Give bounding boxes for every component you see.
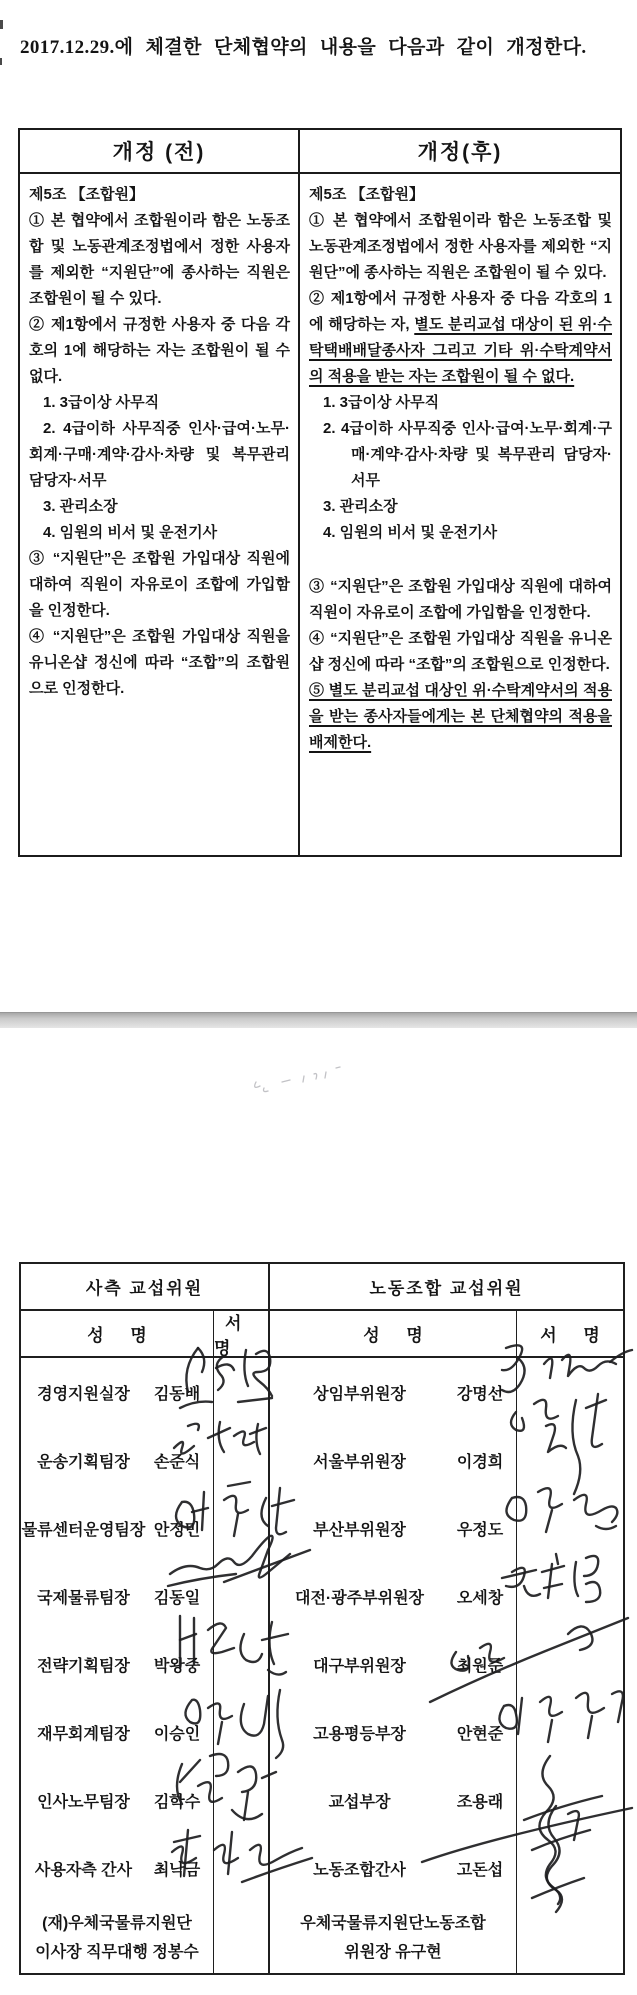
clause-paragraph: ④ “지원단”은 조합원 가입대상 직원을 유니온샵 정신에 따라 “조합”의 … — [309, 626, 612, 678]
member-name: 김학수 — [146, 1789, 208, 1812]
intro-paragraph: 2017.12.29.에 체결한 단체협약의 내용을 다음과 같이 개정한다. — [20, 29, 620, 66]
committee-row: 사용자측 간사최낙금 — [21, 1834, 213, 1902]
clause-text: 3. 관리소장 — [323, 498, 398, 515]
clause-paragraph: ① 본 협약에서 조합원이라 함은 노동조합 및 노동관계조정법에서 정한 사용… — [309, 208, 612, 286]
clause-paragraph: 2. 4급이하 사무직중 인사·급여·노무·회계·구매·계약·감사·차량 및 복… — [29, 416, 290, 494]
member-name: 김동일 — [146, 1585, 208, 1608]
committee-row: 대구부위원장최원준 — [270, 1630, 516, 1698]
organization-line: 위원장 유구현 — [344, 1938, 441, 1967]
sign-column-header-management: 서 명 — [214, 1311, 270, 1356]
clause-text: ② 제1항에서 규정한 사용자 중 다음 각호의 1에 해당하는 자는 조합원이… — [29, 316, 290, 385]
member-title: 부산부위원장 — [270, 1517, 449, 1540]
organization-line: 우체국물류지원단노동조합 — [300, 1909, 485, 1938]
committee-row: 교섭부장조용래 — [270, 1766, 516, 1834]
organization-line: (재)우체국물류지원단 — [42, 1909, 192, 1938]
member-name: 이승인 — [146, 1721, 208, 1744]
clause-paragraph: ② 제1항에서 규정한 사용자 중 다음 각호의 1에 해당하는 자는 조합원이… — [29, 312, 290, 390]
committee-row: 국제물류팀장김동일 — [21, 1562, 213, 1630]
member-title: 사용자측 간사 — [21, 1857, 146, 1880]
member-title: 국제물류팀장 — [21, 1585, 146, 1608]
member-name: 손준식 — [146, 1449, 208, 1472]
committee-subheader-row: 성 명 서 명 성 명 서 명 — [21, 1311, 623, 1358]
amendment-table: 개정 (전) 개정(후) 제5조 【조합원】① 본 협약에서 조합원이라 함은 … — [18, 128, 622, 857]
committee-row: 부산부위원장우정도 — [270, 1494, 516, 1562]
clause-paragraph: ⑤ 별도 분리교섭 대상인 위·수탁계약서의 적용을 받는 종사자들에게는 본 … — [309, 678, 612, 756]
committee-row: 고용평등부장안현준 — [270, 1698, 516, 1766]
committee-row: 상임부위원장강명선 — [270, 1358, 516, 1426]
management-signature-column — [214, 1358, 270, 1973]
clause-text: 4. 임원의 비서 및 운전기사 — [323, 524, 497, 541]
amendment-table-header-row: 개정 (전) 개정(후) — [20, 130, 620, 174]
clause-text: ① 본 협약에서 조합원이라 함은 노동조합 및 노동관계조정법에서 정한 사용… — [29, 212, 290, 307]
committee-row: 노동조합간사고돈섭 — [270, 1834, 516, 1902]
clause-text: ① 본 협약에서 조합원이라 함은 노동조합 및 노동관계조정법에서 정한 사용… — [309, 212, 612, 281]
committee-row: 재무회계팀장이승인 — [21, 1698, 213, 1766]
committee-table: 사측 교섭위원 노동조합 교섭위원 성 명 서 명 성 명 서 명 경영지원실장… — [19, 1262, 625, 1975]
clause-paragraph: 1. 3급이상 사무직 — [29, 390, 290, 416]
clause-paragraph: 제5조 【조합원】 — [29, 182, 290, 208]
member-name: 최원준 — [449, 1653, 511, 1676]
clause-text: 1. 3급이상 사무직 — [43, 394, 159, 411]
member-name: 안정민 — [146, 1517, 208, 1540]
member-name: 오세창 — [449, 1585, 511, 1608]
clause-paragraph: 제5조 【조합원】 — [309, 182, 612, 208]
underlined-amended-text: ⑤ 별도 분리교섭 대상인 위·수탁계약서의 적용을 받는 종사자들에게는 본 … — [309, 682, 612, 751]
amendment-column-after: 제5조 【조합원】① 본 협약에서 조합원이라 함은 노동조합 및 노동관계조정… — [300, 174, 620, 855]
committee-row: 경영지원실장김동배 — [21, 1358, 213, 1426]
member-title: 상임부위원장 — [270, 1381, 449, 1404]
member-name: 최낙금 — [146, 1857, 208, 1880]
clause-text: ③ “지원단”은 조합원 가입대상 직원에 대하여 직원이 자유로이 조합에 가… — [29, 550, 290, 619]
member-name: 이경희 — [449, 1449, 511, 1472]
amendment-header-after: 개정(후) — [300, 130, 620, 172]
member-name: 박왕중 — [146, 1653, 208, 1676]
scan-edge-artifact — [0, 58, 2, 65]
clause-paragraph: ① 본 협약에서 조합원이라 함은 노동조합 및 노동관계조정법에서 정한 사용… — [29, 208, 290, 312]
committee-header-management: 사측 교섭위원 — [21, 1264, 270, 1309]
member-title: 재무회계팀장 — [21, 1721, 146, 1744]
clause-text: ③ “지원단”은 조합원 가입대상 직원에 대하여 직원이 자유로이 조합에 가… — [309, 578, 612, 621]
clause-paragraph: ④ “지원단”은 조합원 가입대상 직원을 유니온샵 정신에 따라 “조합”의 … — [29, 624, 290, 702]
member-title: 고용평등부장 — [270, 1721, 449, 1744]
clause-paragraph: 3. 관리소장 — [29, 494, 290, 520]
clause-text: 4. 임원의 비서 및 운전기사 — [43, 524, 217, 541]
scan-edge-artifact — [0, 20, 3, 29]
name-column-header-management: 성 명 — [21, 1311, 214, 1356]
member-name: 고돈섭 — [449, 1857, 511, 1880]
member-title: 물류센터운영팀장 — [21, 1517, 146, 1540]
member-title: 노동조합간사 — [270, 1857, 449, 1880]
committee-row: 운송기획팀장손준식 — [21, 1426, 213, 1494]
member-title: 대전·광주부위원장 — [270, 1585, 449, 1608]
union-name-column: 상임부위원장강명선서울부위원장이경희부산부위원장우정도대전·광주부위원장오세창대… — [270, 1358, 517, 1973]
member-title: 운송기획팀장 — [21, 1449, 146, 1472]
clause-text: 2. 4급이하 사무직중 인사·급여·노무·회계·구매·계약·감사·차량 및 복… — [323, 420, 612, 489]
clause-paragraph: 4. 임원의 비서 및 운전기사 — [309, 520, 612, 546]
clause-paragraph: ③ “지원단”은 조합원 가입대상 직원에 대하여 직원이 자유로이 조합에 가… — [29, 546, 290, 624]
clause-paragraph: 3. 관리소장 — [309, 494, 612, 520]
clause-paragraph: ③ “지원단”은 조합원 가입대상 직원에 대하여 직원이 자유로이 조합에 가… — [309, 574, 612, 626]
clause-paragraph: 4. 임원의 비서 및 운전기사 — [29, 520, 290, 546]
committee-row: 물류센터운영팀장안정민 — [21, 1494, 213, 1562]
management-name-column: 경영지원실장김동배운송기획팀장손준식물류센터운영팀장안정민국제물류팀장김동일전략… — [21, 1358, 214, 1973]
committee-row: 대전·광주부위원장오세창 — [270, 1562, 516, 1630]
member-title: 대구부위원장 — [270, 1653, 449, 1676]
clause-text: 3. 관리소장 — [43, 498, 118, 515]
member-title: 서울부위원장 — [270, 1449, 449, 1472]
committee-row: 우체국물류지원단노동조합위원장 유구현 — [270, 1902, 516, 1973]
clause-text: 제5조 【조합원】 — [29, 186, 144, 203]
clause-text: 2. 4급이하 사무직중 인사·급여·노무·회계·구매·계약·감사·차량 및 복… — [29, 420, 290, 489]
amendment-header-before: 개정 (전) — [20, 130, 300, 172]
committee-row: 인사노무팀장김학수 — [21, 1766, 213, 1834]
amendment-column-before: 제5조 【조합원】① 본 협약에서 조합원이라 함은 노동조합 및 노동관계조정… — [20, 174, 300, 855]
clause-text: 1. 3급이상 사무직 — [323, 394, 439, 411]
union-signature-column — [517, 1358, 623, 1973]
amendment-table-body: 제5조 【조합원】① 본 협약에서 조합원이라 함은 노동조합 및 노동관계조정… — [20, 174, 620, 855]
member-name: 안현준 — [449, 1721, 511, 1744]
name-column-header-union: 성 명 — [270, 1311, 517, 1356]
faint-pencil-annotation — [248, 1052, 358, 1097]
committee-row: 전략기획팀장박왕중 — [21, 1630, 213, 1698]
member-title: 전략기획팀장 — [21, 1653, 146, 1676]
member-title: 경영지원실장 — [21, 1381, 146, 1404]
committee-row: 서울부위원장이경희 — [270, 1426, 516, 1494]
clause-text: ④ “지원단”은 조합원 가입대상 직원을 유니온샵 정신에 따라 “조합”의 … — [309, 630, 612, 673]
sign-column-header-union: 서 명 — [517, 1311, 623, 1356]
member-title: 인사노무팀장 — [21, 1789, 146, 1812]
committee-table-body: 경영지원실장김동배운송기획팀장손준식물류센터운영팀장안정민국제물류팀장김동일전략… — [21, 1358, 623, 1973]
member-name: 김동배 — [146, 1381, 208, 1404]
clause-paragraph: ② 제1항에서 규정한 사용자 중 다음 각호의 1에 해당하는 자, 별도 분… — [309, 286, 612, 390]
member-name: 조용래 — [449, 1789, 511, 1812]
clause-paragraph: 2. 4급이하 사무직중 인사·급여·노무·회계·구매·계약·감사·차량 및 복… — [309, 416, 612, 494]
member-name: 우정도 — [449, 1517, 511, 1540]
scan-page-break-band — [0, 1012, 637, 1028]
clause-text: 제5조 【조합원】 — [309, 186, 424, 203]
member-name: 강명선 — [449, 1381, 511, 1404]
organization-line: 이사장 직무대행 정봉수 — [35, 1938, 198, 1967]
committee-group-header-row: 사측 교섭위원 노동조합 교섭위원 — [21, 1264, 623, 1311]
member-title: 교섭부장 — [270, 1789, 449, 1812]
clause-paragraph: 1. 3급이상 사무직 — [309, 390, 612, 416]
scanned-agreement-page: 2017.12.29.에 체결한 단체협약의 내용을 다음과 같이 개정한다. … — [0, 0, 637, 1995]
committee-row: (재)우체국물류지원단이사장 직무대행 정봉수 — [21, 1902, 213, 1973]
committee-header-union: 노동조합 교섭위원 — [270, 1264, 623, 1309]
clause-text: ④ “지원단”은 조합원 가입대상 직원을 유니온샵 정신에 따라 “조합”의 … — [29, 628, 290, 697]
